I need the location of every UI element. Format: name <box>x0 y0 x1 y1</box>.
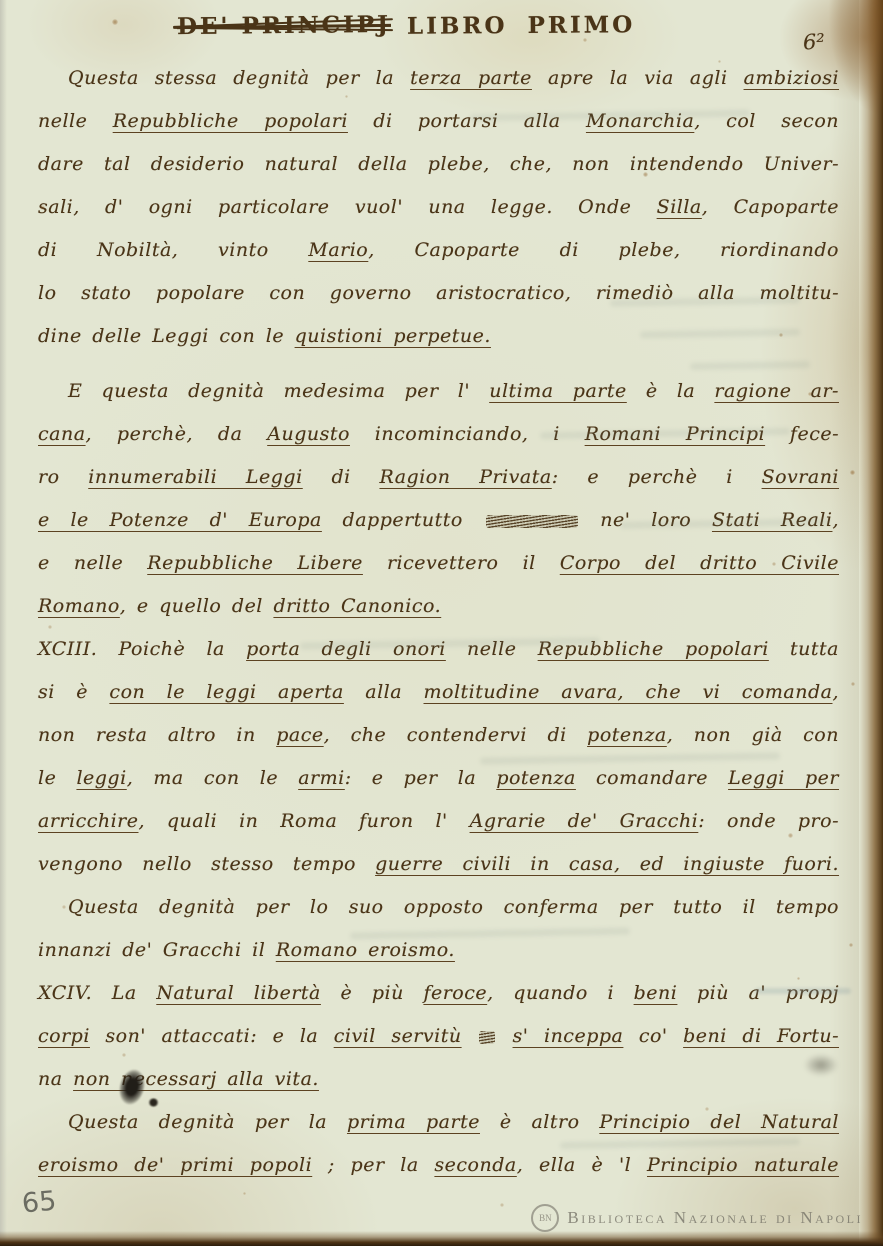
library-seal-icon: BN <box>531 1204 559 1232</box>
foxing-spot <box>62 905 66 909</box>
struck-out-heading: DE' PRINCIPJ <box>177 11 391 40</box>
foxing-spot <box>808 392 812 396</box>
page-edge-bottom <box>0 1231 883 1246</box>
foxing-spot <box>797 977 800 980</box>
scribbled-out-word <box>486 515 578 528</box>
foxing-spot <box>849 943 853 947</box>
manuscript-line: na non necessarj alla vita. <box>38 1058 839 1101</box>
ink-blot-small <box>148 1098 159 1107</box>
manuscript-line: arricchire, quali in Roma furon l' Agrar… <box>38 800 839 843</box>
manuscript-line: nelle Repubbliche popolari di portarsi a… <box>38 100 839 143</box>
gutter-shadow <box>829 0 859 1246</box>
manuscript-line: lo stato popolare con governo aristocrat… <box>38 272 839 315</box>
manuscript-line: Questa stessa degnità per la terza parte… <box>38 57 839 100</box>
library-watermark: BN Biblioteca Nazionale di Napoli <box>531 1204 863 1232</box>
manuscript-line: XCIV. La Natural libertà è più feroce, q… <box>38 972 839 1015</box>
page-edge-left <box>0 0 7 1246</box>
manuscript-line: sali, d' ogni particolare vuol' una legg… <box>38 186 839 229</box>
foxing-spot <box>345 95 348 98</box>
foxing-spot <box>40 205 45 210</box>
manuscript-page: DE' PRINCIPJ LIBRO PRIMO 6² Questa stess… <box>0 0 883 1246</box>
manuscript-scan: DE' PRINCIPJ LIBRO PRIMO 6² Questa stess… <box>0 0 883 1246</box>
page-title: LIBRO PRIMO <box>407 11 635 40</box>
manuscript-line: corpi son' attaccati: e la civil servitù… <box>38 1015 839 1058</box>
manuscript-line: di Nobiltà, vinto Mario, Capoparte di pl… <box>38 229 839 272</box>
manuscript-line: Questa degnità per lo suo opposto confer… <box>38 886 839 929</box>
page-header: DE' PRINCIPJ LIBRO PRIMO <box>0 12 813 39</box>
foxing-spot <box>243 1192 246 1195</box>
foxing-spot <box>772 562 776 566</box>
foxing-spot <box>48 625 52 629</box>
foxing-spot <box>705 1107 709 1111</box>
foxing-spot <box>583 38 587 42</box>
foxing-spot <box>500 1203 504 1207</box>
foxing-spot <box>122 1053 126 1057</box>
foxing-spot <box>643 172 648 177</box>
foxing-spot <box>112 19 118 25</box>
manuscript-line: vengono nello stesso tempo guerre civili… <box>38 843 839 886</box>
manuscript-line: si è con le leggi aperta alla moltitudin… <box>38 671 839 714</box>
manuscript-line: le leggi, ma con le armi: e per la poten… <box>38 757 839 800</box>
foxing-spot <box>851 682 855 686</box>
manuscript-line: Questa degnità per la prima parte è altr… <box>38 1101 839 1144</box>
foxing-spot <box>850 470 855 475</box>
scribbled-out-word <box>479 1031 495 1044</box>
corner-stain <box>788 0 883 170</box>
manuscript-line: e nelle Repubbliche Libere ricevettero i… <box>38 542 839 585</box>
manuscript-line: ro innumerabili Leggi di Ragion Privata:… <box>38 456 839 499</box>
manuscript-line: non resta altro in pace, che contendervi… <box>38 714 839 757</box>
manuscript-line: XCIII. Poichè la porta degli onori nelle… <box>38 628 839 671</box>
page-edge-right <box>859 0 883 1246</box>
sheet-number: 65 <box>21 1186 58 1220</box>
watermark-label: Biblioteca Nazionale di Napoli <box>567 1208 863 1228</box>
manuscript-line: E questa degnità medesima per l' ultima … <box>38 370 839 413</box>
foxing-spot <box>718 60 721 63</box>
manuscript-line: dare tal desiderio natural della plebe, … <box>38 143 839 186</box>
manuscript-line: eroismo de' primi popoli ; per la second… <box>38 1144 839 1187</box>
manuscript-line: Romano, e quello del dritto Canonico. <box>38 585 839 628</box>
foxing-spot <box>788 833 793 838</box>
manuscript-lines: Questa stessa degnità per la terza parte… <box>38 57 839 1187</box>
